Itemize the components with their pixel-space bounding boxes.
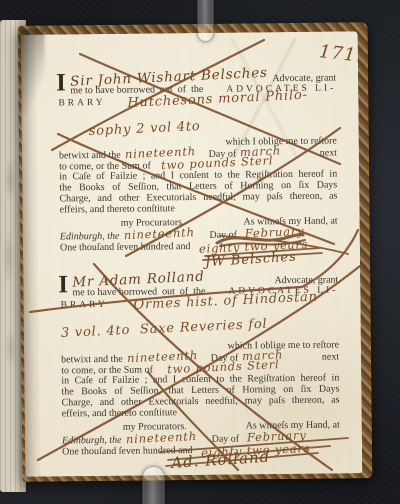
borrowing-entry-rolland: I Mr Adam Rolland Advocate, grant me to … xyxy=(60,274,338,277)
drop-cap-initial: I xyxy=(56,72,66,94)
page-tattered-edge: 171. I Sir John Wishart Belsches Advocat… xyxy=(18,22,373,482)
entry-line-effeirs: effeirs, and thereto conſtitute xyxy=(59,202,337,216)
printed-effeirs: effeirs, and thereto conſtitute xyxy=(62,407,177,419)
page-number: 171. xyxy=(318,41,364,67)
printed-effeirs: effeirs, and thereto conſtitute xyxy=(59,203,174,215)
ledger-page: 171. I Sir John Wishart Belsches Advocat… xyxy=(21,31,363,477)
mounting-strap-bottom xyxy=(142,466,165,504)
printed-one-thousand: One thouſand ſeven hundred and xyxy=(60,241,191,253)
printed-brary: BRARY xyxy=(60,300,107,311)
drop-cap-initial: I xyxy=(58,274,68,296)
printed-brary: BRARY xyxy=(58,98,105,109)
handwritten-book-title-cont: 3 vol. 4to Saxe Reveries fol xyxy=(61,319,268,339)
entry-line-brary: BRARY Ormes hist. of Hindostan xyxy=(60,296,338,312)
borrowing-entry-belsches: I Sir John Wishart Belsches Advocate, gr… xyxy=(58,72,336,75)
mounting-strap-top xyxy=(197,0,214,42)
ink-bleed-through xyxy=(2,140,18,400)
entry-line-brary: BRARY Hutchesons moral Philo- xyxy=(58,94,336,110)
gutter-top-shadow xyxy=(19,29,46,115)
entry-line-effeirs: effeirs, and thereto conſtitute xyxy=(62,405,340,419)
handwritten-book-title-cont: sophy 2 vol 4to xyxy=(89,121,201,137)
photographed-ledger-page: 171. I Sir John Wishart Belsches Advocat… xyxy=(0,0,400,504)
